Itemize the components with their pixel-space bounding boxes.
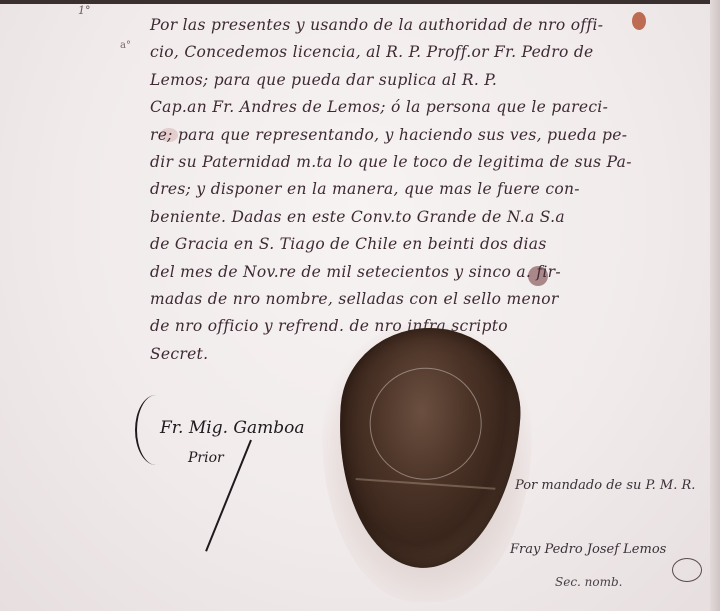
text-line: dir su Paternidad m.ta lo que le toco de… — [150, 149, 710, 176]
text-line: cio, Concedemos licencia, al R. P. Proff… — [150, 39, 710, 66]
attestation-line: Por mandado de su P. M. R. — [515, 478, 695, 493]
page-top-edge — [0, 0, 720, 4]
folio-number: 1° — [78, 4, 91, 17]
text-line: dres; y disponer en la manera, que mas l… — [150, 176, 710, 203]
text-line: de Gracia en S. Tiago de Chile en beinti… — [150, 231, 710, 258]
text-line: Lemos; para que pueda dar suplica al R. … — [150, 67, 710, 94]
page-right-edge — [710, 0, 720, 611]
manuscript-page: 1° a° Por las presentes y usando de la a… — [0, 0, 720, 611]
text-line: re; para que representando, y haciendo s… — [150, 122, 710, 149]
secretary-rubric — [672, 558, 702, 582]
secretary-signature-title: Sec. nomb. — [555, 575, 623, 589]
margin-mark: a° — [120, 40, 131, 51]
text-line: beniente. Dadas en este Conv.to Grande d… — [150, 204, 710, 231]
seal-emblem-ring — [366, 364, 486, 484]
secretary-signature-name: Fray Pedro Josef Lemos — [510, 542, 666, 557]
text-line: madas de nro nombre, selladas con el sel… — [150, 286, 710, 313]
manuscript-body: Por las presentes y usando de la authori… — [150, 12, 710, 368]
text-line: Por las presentes y usando de la authori… — [150, 12, 710, 39]
text-line: Cap.an Fr. Andres de Lemos; ó la persona… — [150, 94, 710, 121]
prior-signature-title: Prior — [188, 450, 224, 466]
text-line: del mes de Nov.re de mil setecientos y s… — [150, 259, 710, 286]
prior-signature-name: Fr. Mig. Gamboa — [160, 418, 304, 438]
